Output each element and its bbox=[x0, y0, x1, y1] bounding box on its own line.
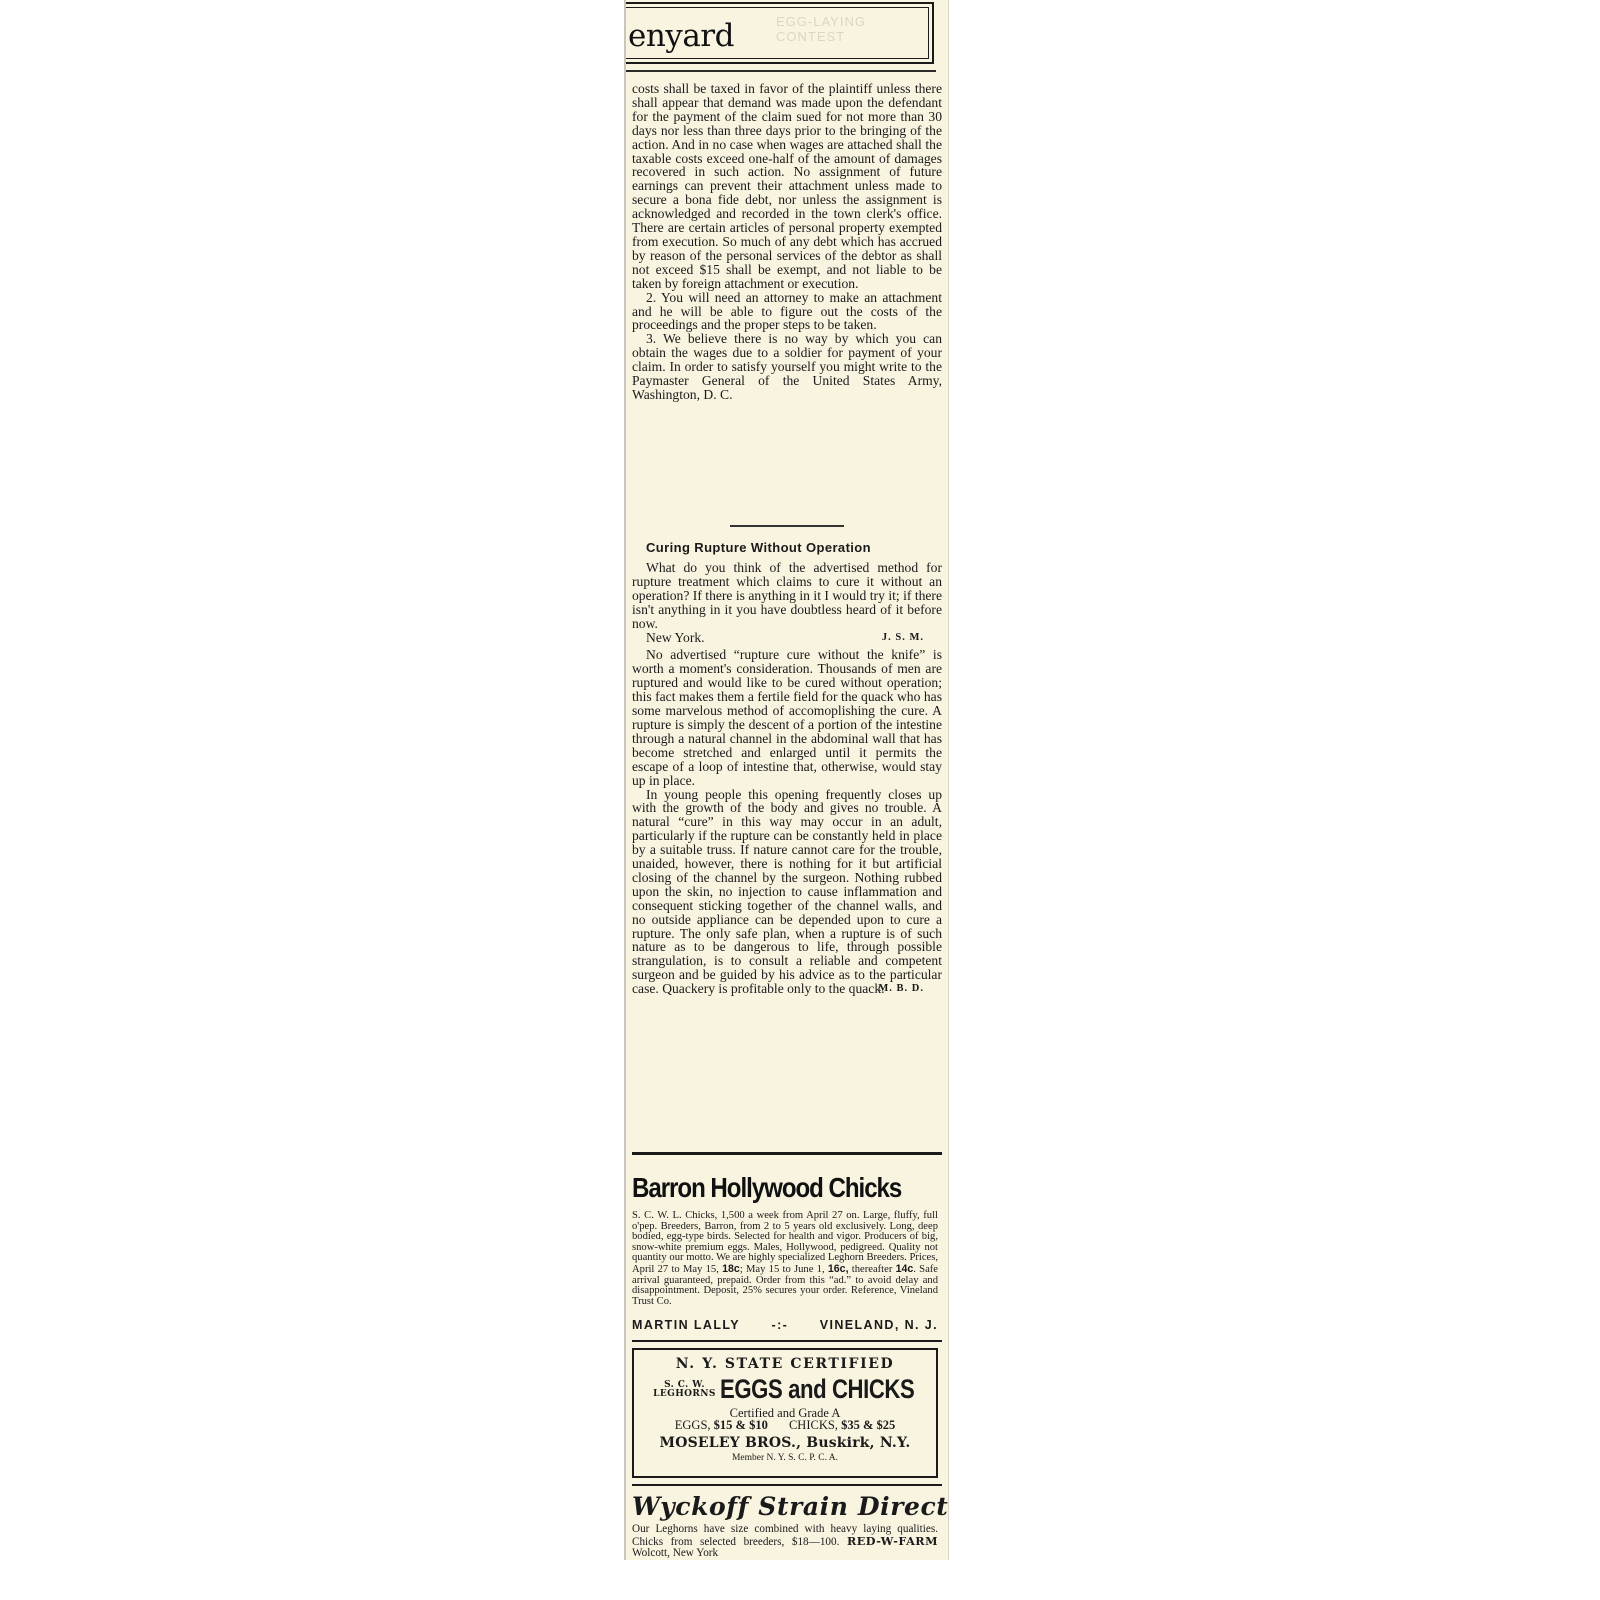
ad-text: ; May 15 to June 1, bbox=[740, 1264, 828, 1275]
question-signature: New York. J. S. M. bbox=[632, 631, 942, 645]
price-line: EGGS, $15 & $10 CHICKS, $35 & $25 bbox=[634, 1419, 936, 1431]
reader-question: What do you think of the advertised meth… bbox=[632, 561, 942, 631]
breed-label: S. C. W. LEGHORNS bbox=[653, 1381, 716, 1399]
eggs-label: EGGS, bbox=[675, 1418, 711, 1432]
advertiser-location: VINELAND, N. J. bbox=[820, 1318, 938, 1332]
ad-separator-rule bbox=[632, 1340, 942, 1342]
separator: -:- bbox=[772, 1318, 789, 1332]
price: 18c bbox=[722, 1263, 740, 1275]
advertiser-name: MARTIN LALLY bbox=[632, 1318, 740, 1332]
company-name: MOSELEY BROS., Buskirk, N.Y. bbox=[634, 1435, 936, 1451]
answer-paragraph: In young people this opening frequently … bbox=[632, 788, 942, 997]
wyckoff-ad-body: Our Leghorns have size combined with hea… bbox=[632, 1524, 938, 1560]
rupture-article: What do you think of the advertised meth… bbox=[632, 561, 942, 996]
barron-ad-body: S. C. W. L. Chicks, 1,500 a week from Ap… bbox=[632, 1211, 938, 1307]
article-heading: Curing Rupture Without Operation bbox=[646, 540, 871, 555]
price: 16c, bbox=[828, 1263, 849, 1275]
breed-name: LEGHORNS bbox=[653, 1390, 716, 1399]
header-rule bbox=[626, 70, 936, 72]
answer-paragraph: No advertised “rupture cure without the … bbox=[632, 648, 942, 787]
price: 14c bbox=[896, 1263, 914, 1275]
section-divider bbox=[730, 525, 844, 527]
product-title: EGGS and CHICKS bbox=[720, 1374, 914, 1405]
barron-ad-footer: MARTIN LALLY -:- VINELAND, N. J. bbox=[632, 1318, 938, 1332]
article-paragraph: 2. You will need an attorney to make an … bbox=[632, 291, 942, 333]
farm-name: RED-W-FARM bbox=[847, 1534, 938, 1548]
question-initials: J. S. M. bbox=[882, 631, 942, 645]
barron-ad-title: Barron Hollywood Chicks bbox=[632, 1172, 899, 1204]
ad-separator-rule bbox=[632, 1152, 942, 1155]
ad-headline: N. Y. STATE CERTIFIED bbox=[634, 1356, 936, 1372]
question-location: New York. bbox=[646, 631, 705, 645]
section-header-box: EGG-LAYING CONTEST enyard bbox=[626, 2, 934, 64]
ad-text: thereafter bbox=[849, 1264, 896, 1275]
section-title: enyard bbox=[628, 18, 734, 54]
answer-initials: M. B. D. bbox=[878, 982, 942, 996]
legal-answer-article: costs shall be taxed in favor of the pla… bbox=[632, 82, 942, 402]
wyckoff-ad-title: Wyckoff Strain Direct bbox=[632, 1492, 942, 1521]
article-paragraph: 3. We believe there is no way by which y… bbox=[632, 332, 942, 402]
newspaper-clipping: EGG-LAYING CONTEST enyard costs shall be… bbox=[624, 0, 948, 1560]
ad-product-line: S. C. W. LEGHORNS EGGS and CHICKS bbox=[634, 1374, 936, 1405]
chicks-price: $35 & $25 bbox=[841, 1418, 895, 1432]
farm-location: Wolcott, New York bbox=[632, 1547, 718, 1559]
chicks-label: CHICKS, bbox=[789, 1418, 838, 1432]
eggs-price: $15 & $10 bbox=[714, 1418, 768, 1432]
ad-separator-rule bbox=[632, 1484, 942, 1486]
header-ghost-text: EGG-LAYING CONTEST bbox=[776, 14, 932, 44]
membership-note: Member N. Y. S. C. P. C. A. bbox=[634, 1453, 936, 1463]
moseley-ad-box: N. Y. STATE CERTIFIED S. C. W. LEGHORNS … bbox=[632, 1348, 938, 1478]
article-paragraph: costs shall be taxed in favor of the pla… bbox=[632, 82, 942, 291]
